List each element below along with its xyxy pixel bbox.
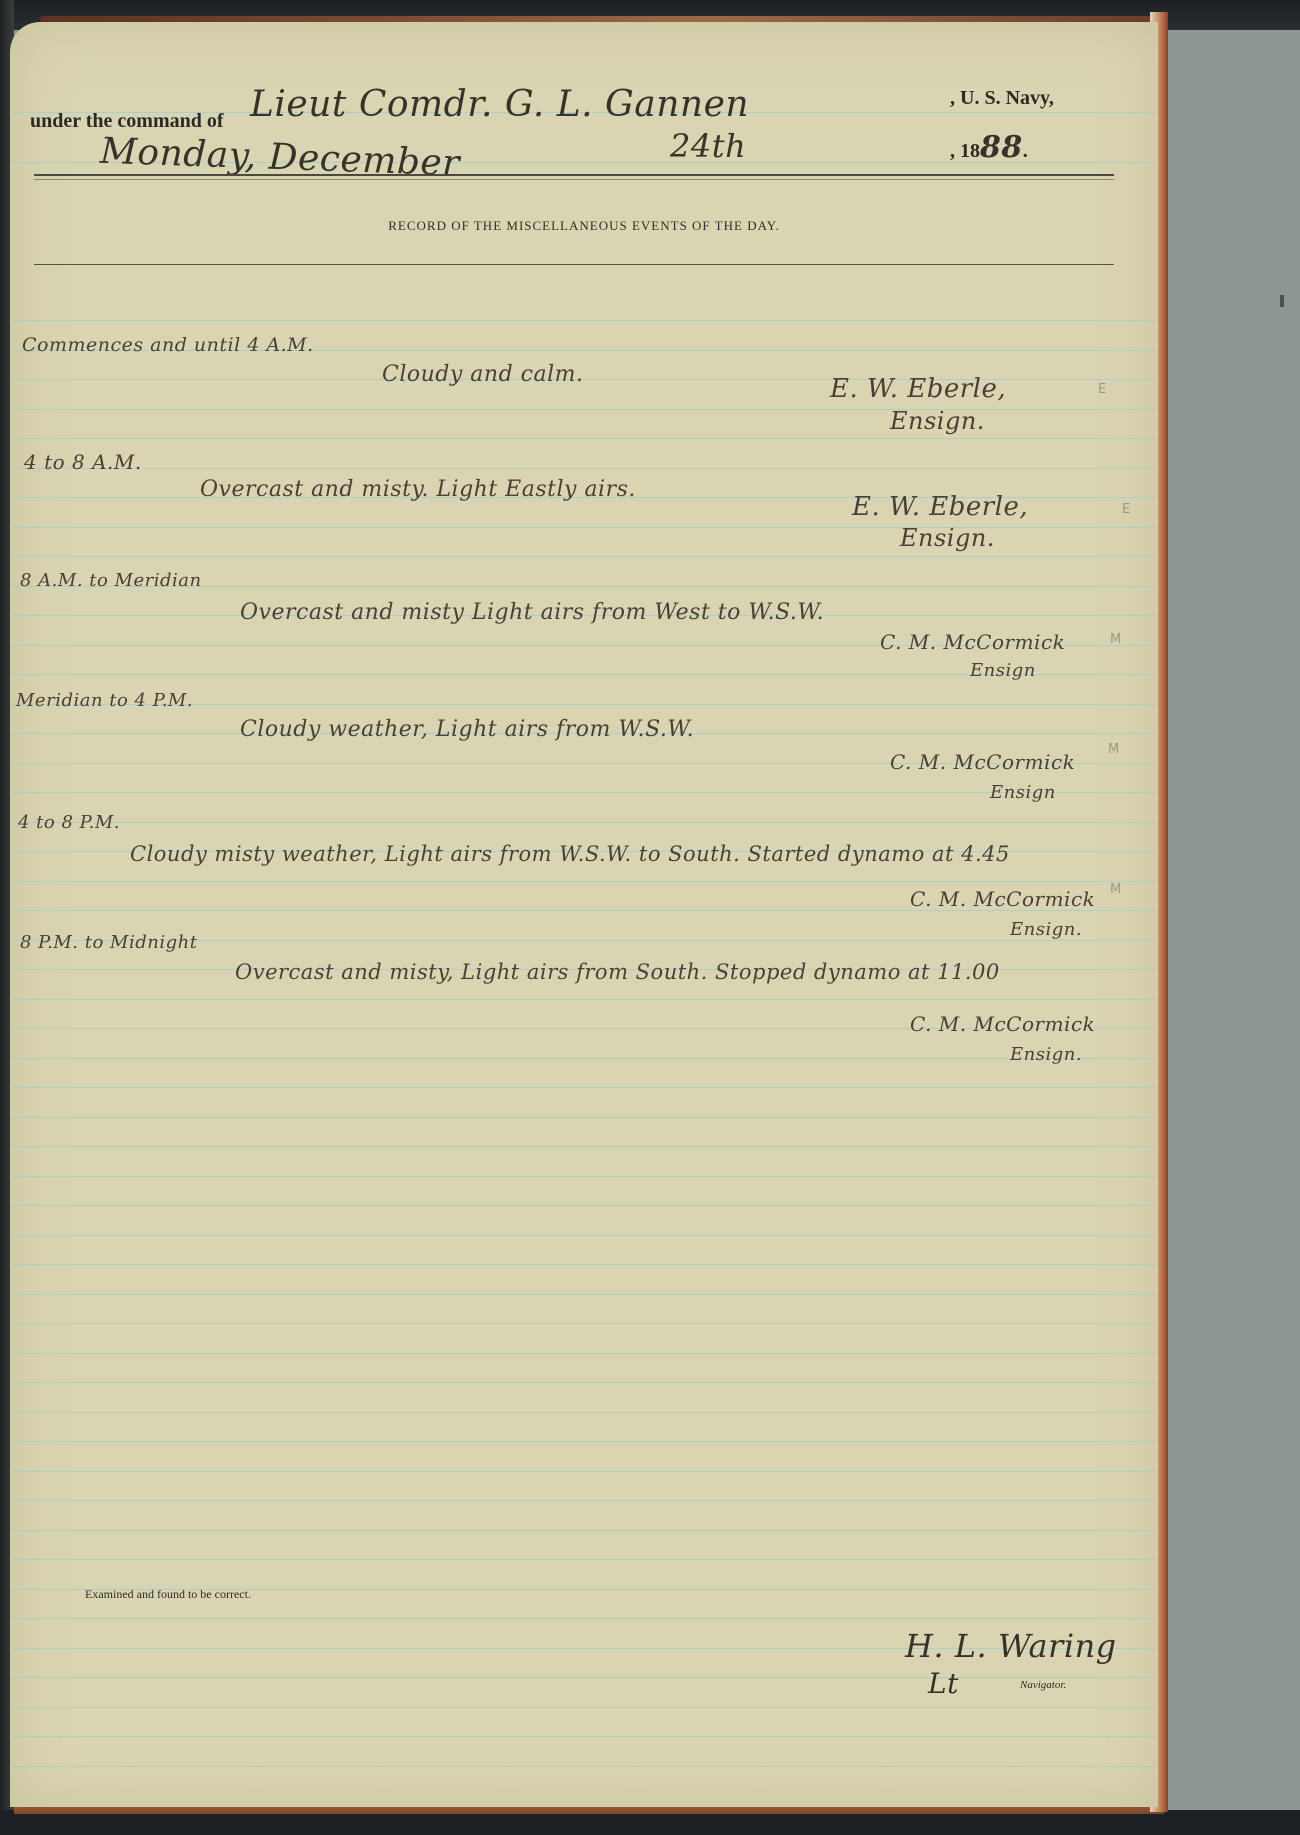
ruled-line <box>10 1146 1158 1147</box>
signature-name: C. M. McCormick <box>910 1012 1095 1036</box>
year-period: . <box>1023 140 1028 162</box>
ruled-line <box>10 1559 1158 1560</box>
ruled-line <box>10 1205 1158 1206</box>
watch-remarks: Overcast and misty. Light Eastly airs. <box>200 477 636 502</box>
navigator-signature: H. L. Waring <box>905 1627 1117 1665</box>
ruled-line <box>10 1677 1158 1678</box>
day-number: 24th <box>670 127 746 165</box>
pencil-mark: E <box>1122 502 1130 517</box>
pencil-mark: M <box>1110 882 1121 897</box>
ruled-line <box>10 1766 1158 1767</box>
signature-rank: Ensign. <box>1010 1044 1082 1065</box>
signature-rank: Ensign. <box>890 407 985 435</box>
ruled-line <box>10 438 1158 439</box>
signature-rank: Ensign. <box>1010 919 1082 940</box>
watch-remarks: Overcast and misty Light airs from West … <box>240 600 824 625</box>
ruled-line <box>10 556 1158 557</box>
year-field: , 1888. <box>950 130 1028 165</box>
ruled-line <box>10 1323 1158 1324</box>
background-speck <box>1280 295 1284 307</box>
watch-label: 8 P.M. to Midnight <box>20 932 197 953</box>
signature-name: C. M. McCormick <box>890 750 1075 774</box>
command-label: under the command of <box>30 110 224 133</box>
ruled-line <box>10 320 1158 321</box>
ruled-line <box>10 1235 1158 1236</box>
ruled-line <box>10 792 1158 793</box>
ruled-line <box>10 1353 1158 1354</box>
ruled-line <box>10 1500 1158 1501</box>
signature-name: E. W. Eberle, <box>830 374 1006 404</box>
watch-remarks: Cloudy and calm. <box>382 362 583 387</box>
ruled-line <box>10 1441 1158 1442</box>
ruled-line <box>10 1176 1158 1177</box>
pencil-mark: E <box>1098 382 1106 397</box>
navigator-label: Navigator. <box>1020 1679 1066 1691</box>
watch-label: Commences and until 4 A.M. <box>22 334 314 356</box>
ruled-line <box>10 1618 1158 1619</box>
ruled-line <box>10 1471 1158 1472</box>
section-divider <box>34 264 1114 265</box>
ruled-line <box>10 1412 1158 1413</box>
section-title: RECORD OF THE MISCELLANEOUS EVENTS OF TH… <box>10 218 1158 234</box>
ruled-line <box>10 881 1158 882</box>
watch-remarks: Cloudy misty weather, Light airs from W.… <box>130 842 1010 866</box>
navy-label: , U. S. Navy, <box>950 87 1054 110</box>
watch-label: Meridian to 4 P.M. <box>16 690 193 711</box>
ruled-line <box>10 1736 1158 1737</box>
commander-name: Lieut Comdr. G. L. Gannen <box>250 84 749 125</box>
ruled-line <box>10 1294 1158 1295</box>
ruled-line <box>10 468 1158 469</box>
ruled-line <box>10 409 1158 410</box>
signature-rank: Ensign <box>970 660 1036 681</box>
signature-name: C. M. McCormick <box>910 887 1095 911</box>
signature-rank: Ensign. <box>900 524 995 552</box>
signature-name: C. M. McCormick <box>880 630 1065 654</box>
ruled-line <box>10 822 1158 823</box>
ruled-line <box>10 1264 1158 1265</box>
watch-label: 4 to 8 P.M. <box>18 812 120 833</box>
ruled-line <box>10 1530 1158 1531</box>
watch-label: 4 to 8 A.M. <box>24 450 142 474</box>
signature-name: E. W. Eberle, <box>852 492 1028 522</box>
ruled-line <box>10 1707 1158 1708</box>
pencil-mark: M <box>1108 742 1119 757</box>
log-page: under the command of Lieut Comdr. G. L. … <box>10 22 1158 1807</box>
ruled-line <box>10 1117 1158 1118</box>
ruled-line <box>10 1382 1158 1383</box>
examined-statement: Examined and found to be correct. <box>85 1587 251 1602</box>
signature-rank: Ensign <box>990 782 1056 803</box>
watch-remarks: Overcast and misty, Light airs from Sout… <box>235 960 1000 984</box>
pencil-mark: M <box>1110 632 1121 647</box>
year-prefix: , 18 <box>950 140 980 162</box>
header-divider <box>34 174 1114 180</box>
watch-remarks: Cloudy weather, Light airs from W.S.W. <box>240 717 694 742</box>
ruled-line <box>10 1087 1158 1088</box>
year-suffix: 88 <box>980 130 1023 165</box>
watch-label: 8 A.M. to Meridian <box>20 570 202 591</box>
ruled-line <box>10 999 1158 1000</box>
ruled-line <box>10 1058 1158 1059</box>
navigator-rank: Lt <box>928 1667 959 1700</box>
